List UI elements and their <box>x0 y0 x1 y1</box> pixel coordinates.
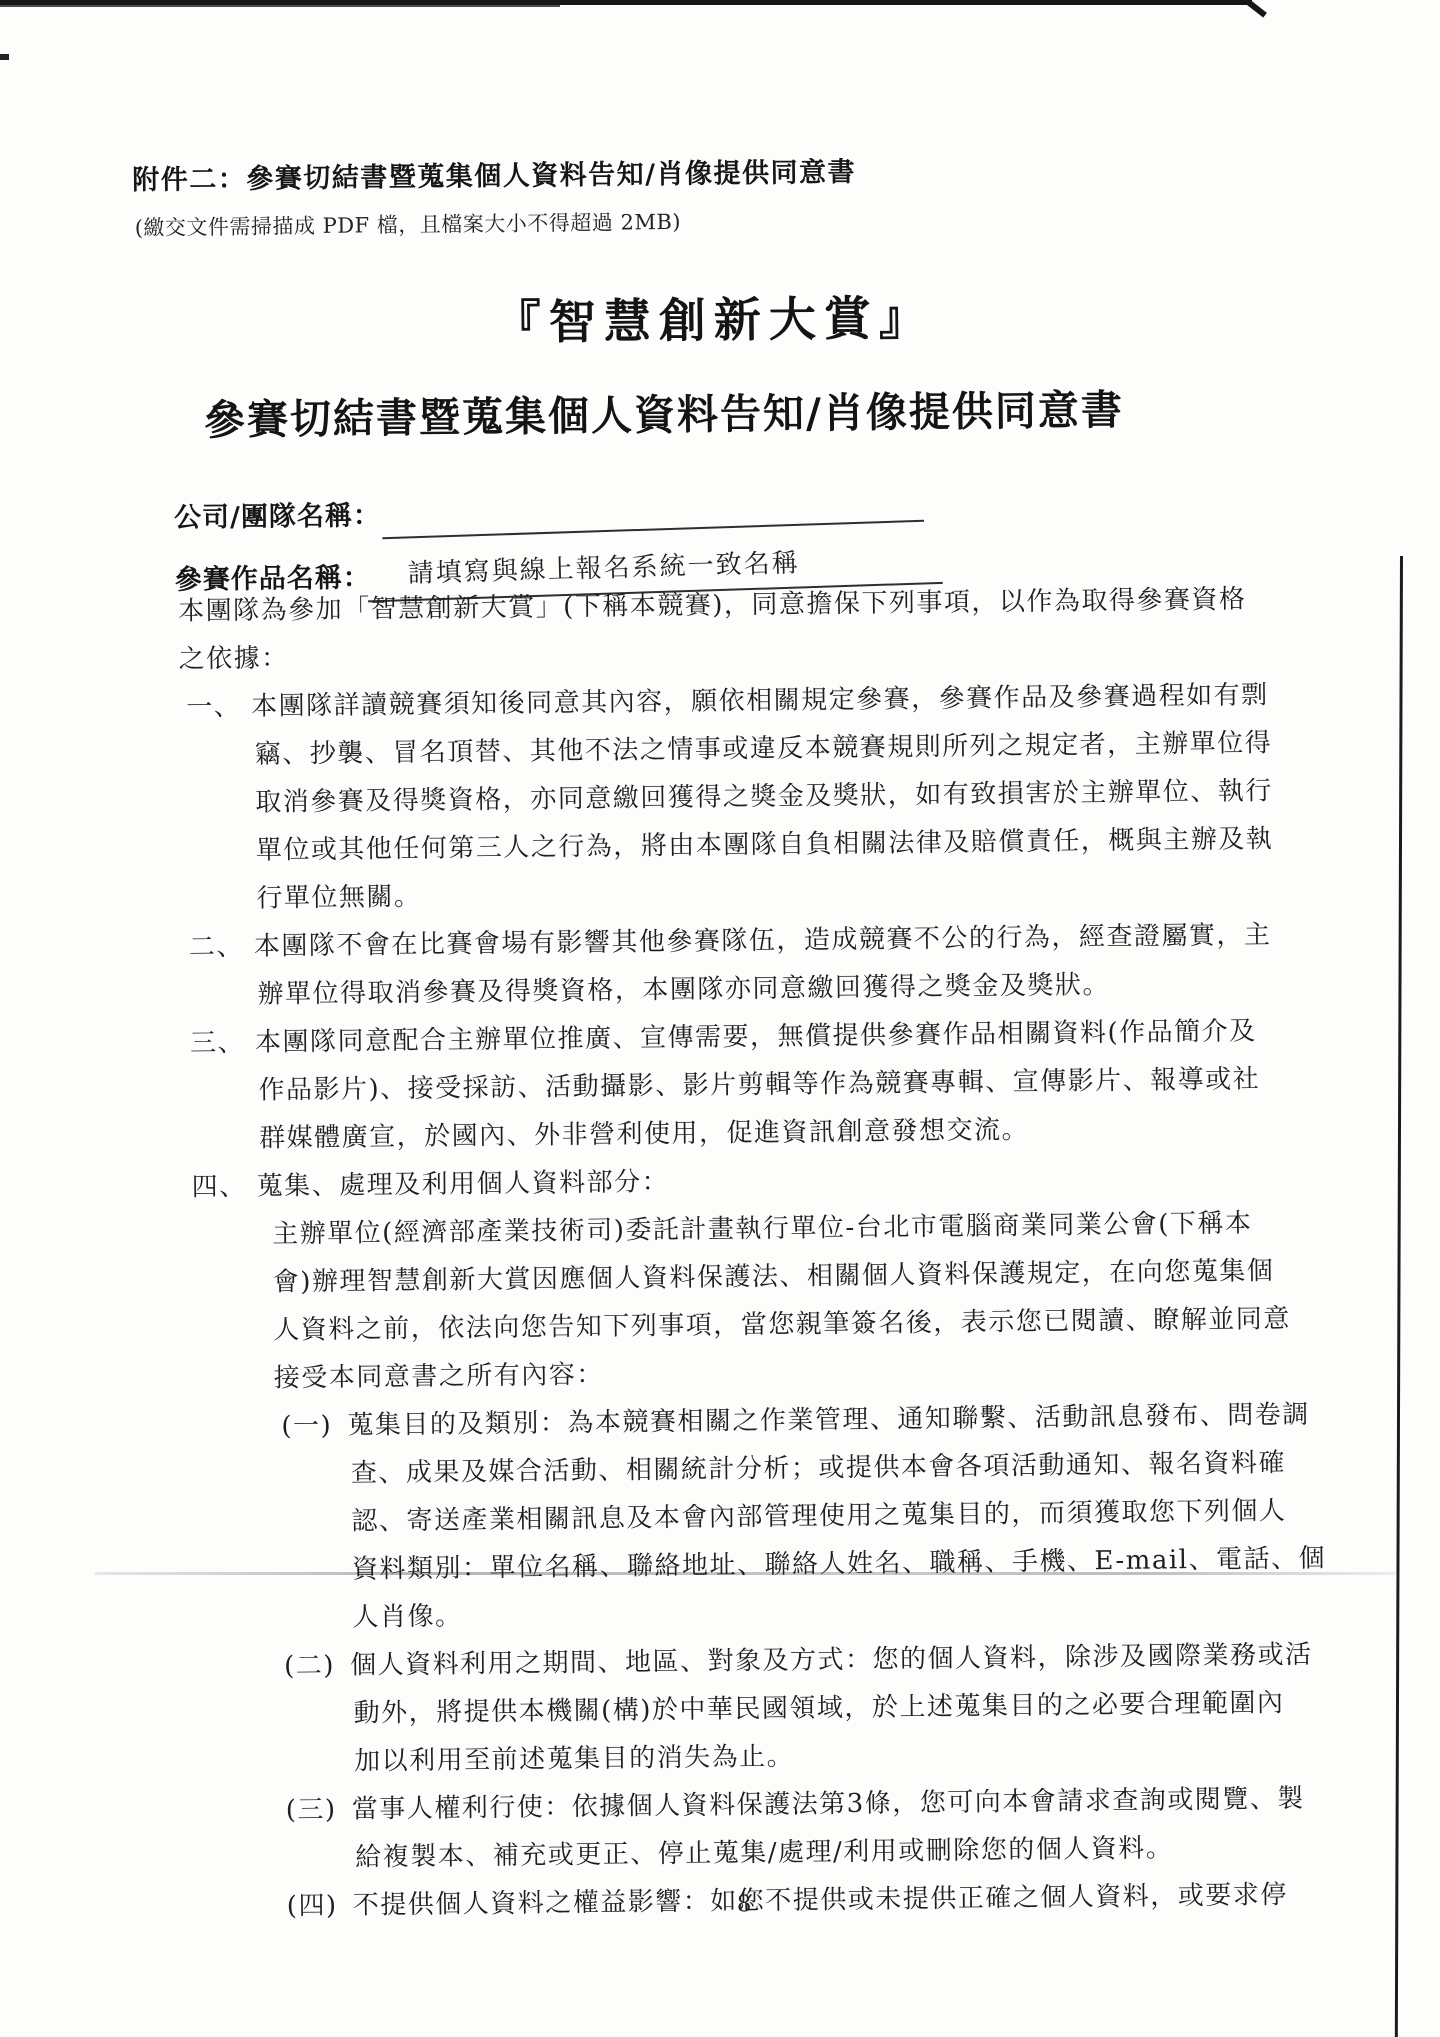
document-sheet: 附件二：參賽切結書暨蒐集個人資料告知/肖像提供同意書 (繳交文件需掃描成 PDF… <box>0 0 1440 2037</box>
sub-item-text: 不提供個人資料之權益影響：如您不提供或未提供正確之個人資料，或要求停 <box>353 1871 1289 1930</box>
item-marker: 四、 <box>191 1163 247 1212</box>
company-name-label: 公司/團隊名稱： <box>174 493 381 534</box>
sub-item-marker: (四) <box>287 1882 338 1931</box>
sub-item-text: 加以利用至前述蒐集目的消失為止。 <box>354 1733 795 1786</box>
sub-item-marker: (一) <box>281 1402 332 1451</box>
submission-note: (繳交文件需掃描成 PDF 檔，且檔案大小不得超過 2MB) <box>135 206 682 242</box>
document-subtitle: 參賽切結書暨蒐集個人資料告知/肖像提供同意書 <box>204 377 1125 446</box>
document-title: 『智慧創新大賞』 <box>493 281 934 353</box>
page-number: 8 <box>737 1891 752 1917</box>
scanned-consent-form-page: 附件二：參賽切結書暨蒐集個人資料告知/肖像提供同意書 (繳交文件需掃描成 PDF… <box>0 0 1440 2037</box>
intro-line: 之依據： <box>178 634 289 683</box>
paragraph-text: 接受本同意書之所有內容： <box>274 1351 605 1403</box>
company-name-underline <box>382 520 924 539</box>
sub-item-marker: (三) <box>285 1786 336 1835</box>
item-text: 行單位無關。 <box>256 873 422 923</box>
attachment-title: 附件二：參賽切結書暨蒐集個人資料告知/肖像提供同意書 <box>132 150 856 197</box>
sub-item-text: 人肖像。 <box>352 1592 463 1641</box>
item-text: 蒐集、處理及利用個人資料部分： <box>256 1158 669 1211</box>
item-marker: 一、 <box>186 683 242 732</box>
item-marker: 二、 <box>189 923 245 972</box>
item-marker: 三、 <box>190 1019 246 1068</box>
sub-item-marker: (二) <box>284 1642 335 1691</box>
item-text: 群媒體廣宣，於國內、外非營利使用，促進資訊創意發想交流。 <box>259 1106 1030 1163</box>
agreement-body: 本團隊為參加「智慧創新大賞」(下稱本競賽)，同意擔保下列事項，以作為取得參賽資格… <box>0 573 1440 1933</box>
